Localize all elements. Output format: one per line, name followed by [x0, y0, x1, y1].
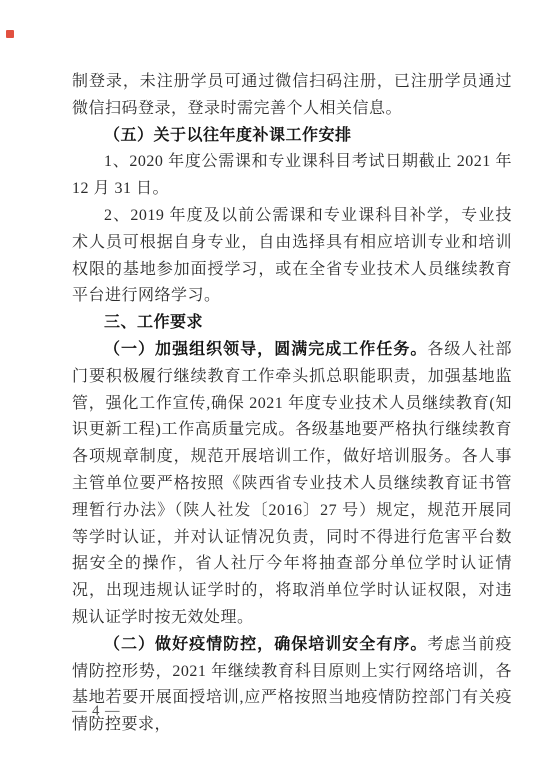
paragraph-lead-bold: （二）做好疫情防控，确保培训安全有序。	[104, 636, 427, 653]
document-page: 制登录，未注册学员可通过微信扫码注册，已注册学员通过微信扫码登录，登录时需完善个…	[0, 0, 554, 765]
paragraph-login-continuation: 制登录，未注册学员可通过微信扫码注册，已注册学员通过微信扫码登录，登录时需完善个…	[72, 69, 512, 123]
document-text-block: 制登录，未注册学员可通过微信扫码注册，已注册学员通过微信扫码登录，登录时需完善个…	[72, 69, 512, 739]
heading-text: 三、工作要求	[104, 314, 203, 331]
section-heading-5-makeup-work: （五）关于以往年度补课工作安排	[72, 123, 512, 150]
paragraph-text: 各级人社部门要积极履行继续教育工作牵头抓总职能职责，加强基地监管，强化工作宣传,…	[72, 341, 512, 626]
paragraph-requirement-1-organization: （一）加强组织领导，圆满完成工作任务。各级人社部门要积极履行继续教育工作牵头抓总…	[72, 337, 512, 632]
paragraph-item-2-2019-makeup: 2、2019 年度及以前公需课和专业课科目补学，专业技术人员可根据自身专业，自由…	[72, 203, 512, 310]
paragraph-text: 制登录，未注册学员可通过微信扫码注册，已注册学员通过微信扫码登录，登录时需完善个…	[72, 73, 512, 117]
page-number: — 4 —	[72, 703, 121, 720]
paragraph-requirement-2-epidemic-control: （二）做好疫情防控，确保培训安全有序。考虑当前疫情防控形势，2021 年继续教育…	[72, 632, 512, 739]
paragraph-text: 1、2020 年度公需课和专业课科目考试日期截止 2021 年 12 月 31 …	[72, 153, 512, 197]
section-heading-3-work-requirements: 三、工作要求	[72, 310, 512, 337]
red-corner-mark	[6, 30, 14, 38]
paragraph-text: 2、2019 年度及以前公需课和专业课科目补学，专业技术人员可根据自身专业，自由…	[72, 207, 512, 304]
paragraph-item-1-2020-deadline: 1、2020 年度公需课和专业课科目考试日期截止 2021 年 12 月 31 …	[72, 149, 512, 203]
paragraph-lead-bold: （一）加强组织领导，圆满完成工作任务。	[104, 341, 427, 358]
heading-text: （五）关于以往年度补课工作安排	[104, 127, 352, 144]
